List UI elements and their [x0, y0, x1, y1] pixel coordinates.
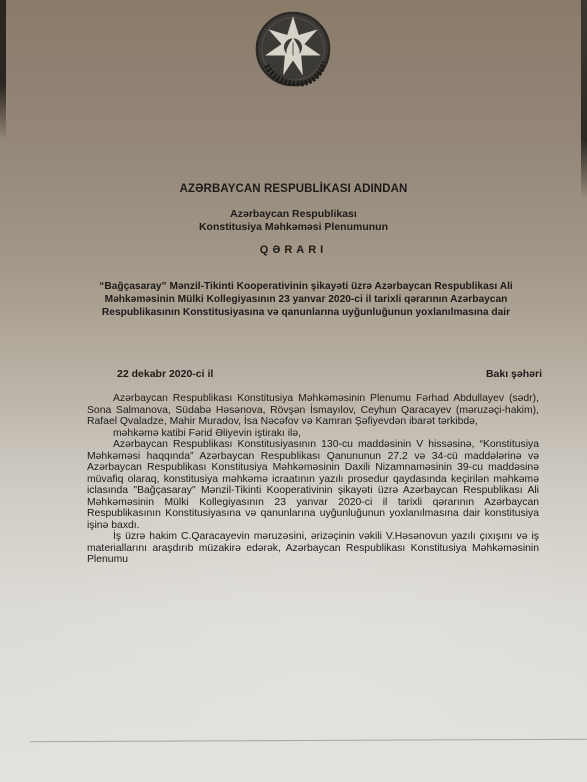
- page-edge-shadow: [581, 0, 587, 200]
- date-place-line: 22 dekabr 2020-ci il Bakı şəhəri: [117, 368, 542, 380]
- decision-title: QƏRARI: [0, 244, 587, 256]
- azerbaijan-state-emblem-icon: [252, 8, 334, 90]
- issuing-court-line-1: Azərbaycan Respublikası: [0, 208, 587, 221]
- decision-date: 22 dekabr 2020-ci il: [117, 368, 213, 380]
- body-paragraph: İş üzrə hakim C.Qaracayevin məruzəsini, …: [87, 531, 539, 566]
- body-paragraph: Azərbaycan Respublikası Konstitusiya Məh…: [87, 393, 539, 428]
- page-edge-shadow: [0, 0, 6, 140]
- paper-fold-line: [30, 739, 587, 742]
- document-body: Azərbaycan Respublikası Konstitusiya Məh…: [87, 393, 539, 566]
- decision-place: Bakı şəhəri: [486, 368, 542, 380]
- document-heading: AZƏRBAYCAN RESPUBLİKASI ADINDAN: [0, 183, 587, 195]
- decision-subject: “Bağçasaray” Mənzil-Tikinti Kooperativin…: [96, 280, 516, 319]
- issuing-court: Azərbaycan Respublikası Konstitusiya Məh…: [0, 208, 587, 234]
- body-paragraph: məhkəmə katibi Fərid Əliyevin iştirakı i…: [87, 428, 539, 440]
- issuing-court-line-2: Konstitusiya Məhkəməsi Plenumunun: [0, 221, 587, 234]
- body-paragraph: Azərbaycan Respublikası Konstitusiyasını…: [87, 439, 539, 531]
- document-page: AZƏRBAYCAN RESPUBLİKASI ADINDAN Azərbayc…: [0, 0, 587, 782]
